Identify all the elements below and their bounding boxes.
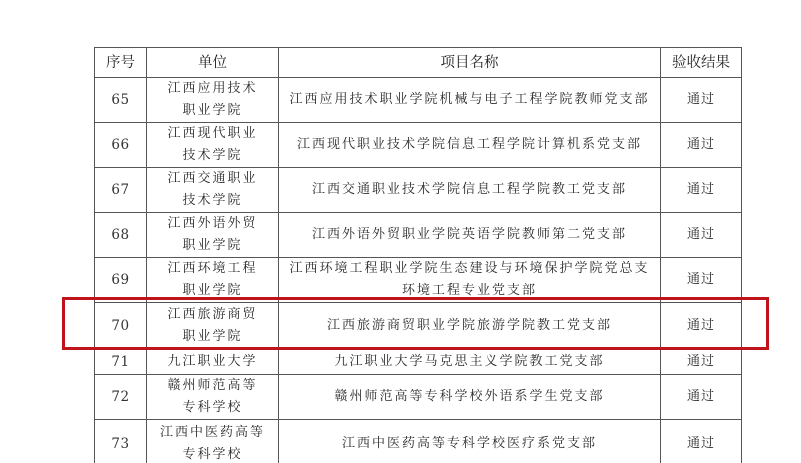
serial-number: 68 [95, 213, 147, 258]
project-name: 九江职业大学马克思主义学院教工党支部 [279, 350, 661, 375]
acceptance-result: 通过 [661, 350, 742, 375]
unit-cell: 江西外语外贸职业学院 [147, 213, 279, 258]
serial-number: 72 [95, 375, 147, 420]
header-project-name: 项目名称 [279, 48, 661, 78]
acceptance-result: 通过 [661, 78, 742, 123]
table-row: 67 江西交通职业技术学院 江西交通职业技术学院信息工程学院教工党支部 通过 [95, 168, 742, 213]
unit-line: 江西应用技术 [147, 78, 278, 100]
table-row: 65 江西应用技术职业学院 江西应用技术职业学院机械与电子工程学院教师党支部 通… [95, 78, 742, 123]
acceptance-result: 通过 [661, 303, 742, 350]
serial-number: 65 [95, 78, 147, 123]
unit-line: 专科学校 [147, 397, 278, 419]
document-page: 序号 单位 项目名称 验收结果 65 江西应用技术职业学院 江西应用技术职业学院… [0, 0, 801, 463]
unit-line: 江西中医药高等 [147, 422, 278, 444]
unit-line: 技术学院 [147, 145, 278, 167]
unit-cell: 江西现代职业技术学院 [147, 123, 279, 168]
unit-cell: 江西应用技术职业学院 [147, 78, 279, 123]
table-row: 71 九江职业大学 九江职业大学马克思主义学院教工党支部 通过 [95, 350, 742, 375]
unit-line: 职业学院 [147, 280, 278, 302]
unit-line: 江西交通职业 [147, 168, 278, 190]
unit-line: 赣州师范高等 [147, 375, 278, 397]
table-row: 66 江西现代职业技术学院 江西现代职业技术学院信息工程学院计算机系党支部 通过 [95, 123, 742, 168]
acceptance-result: 通过 [661, 420, 742, 463]
serial-number: 67 [95, 168, 147, 213]
project-line: 环境工程专业党支部 [279, 280, 660, 302]
table-row: 68 江西外语外贸职业学院 江西外语外贸职业学院英语学院教师第二党支部 通过 [95, 213, 742, 258]
unit-line: 江西旅游商贸 [147, 304, 278, 326]
unit-line: 江西外语外贸 [147, 213, 278, 235]
unit-cell: 九江职业大学 [147, 350, 279, 375]
unit-line: 江西现代职业 [147, 123, 278, 145]
project-name: 江西交通职业技术学院信息工程学院教工党支部 [279, 168, 661, 213]
serial-number: 66 [95, 123, 147, 168]
unit-line: 九江职业大学 [147, 351, 278, 373]
header-serial-number: 序号 [95, 48, 147, 78]
acceptance-result: 通过 [661, 168, 742, 213]
serial-number: 73 [95, 420, 147, 463]
header-unit: 单位 [147, 48, 279, 78]
serial-number: 70 [95, 303, 147, 350]
unit-line: 技术学院 [147, 190, 278, 212]
header-acceptance-result: 验收结果 [661, 48, 742, 78]
unit-line: 专科学校 [147, 444, 278, 463]
serial-number: 71 [95, 350, 147, 375]
project-name: 江西旅游商贸职业学院旅游学院教工党支部 [279, 303, 661, 350]
project-line: 江西环境工程职业学院生态建设与环境保护学院党总支 [279, 258, 660, 280]
unit-line: 职业学院 [147, 100, 278, 122]
serial-number: 69 [95, 258, 147, 303]
table-row-highlighted: 70 江西旅游商贸职业学院 江西旅游商贸职业学院旅游学院教工党支部 通过 [95, 303, 742, 350]
table-row: 69 江西环境工程职业学院 江西环境工程职业学院生态建设与环境保护学院党总支环境… [95, 258, 742, 303]
project-name: 江西外语外贸职业学院英语学院教师第二党支部 [279, 213, 661, 258]
acceptance-results-table: 序号 单位 项目名称 验收结果 65 江西应用技术职业学院 江西应用技术职业学院… [94, 47, 742, 463]
project-name: 江西环境工程职业学院生态建设与环境保护学院党总支环境工程专业党支部 [279, 258, 661, 303]
unit-line: 江西环境工程 [147, 258, 278, 280]
acceptance-result: 通过 [661, 213, 742, 258]
table-header-row: 序号 单位 项目名称 验收结果 [95, 48, 742, 78]
project-name: 江西现代职业技术学院信息工程学院计算机系党支部 [279, 123, 661, 168]
unit-line: 职业学院 [147, 326, 278, 348]
acceptance-result: 通过 [661, 123, 742, 168]
table-row: 73 江西中医药高等专科学校 江西中医药高等专科学校医疗系党支部 通过 [95, 420, 742, 463]
acceptance-result: 通过 [661, 375, 742, 420]
unit-cell: 赣州师范高等专科学校 [147, 375, 279, 420]
unit-cell: 江西交通职业技术学院 [147, 168, 279, 213]
unit-cell: 江西中医药高等专科学校 [147, 420, 279, 463]
table-row: 72 赣州师范高等专科学校 赣州师范高等专科学校外语系学生党支部 通过 [95, 375, 742, 420]
unit-cell: 江西旅游商贸职业学院 [147, 303, 279, 350]
project-name: 江西中医药高等专科学校医疗系党支部 [279, 420, 661, 463]
unit-cell: 江西环境工程职业学院 [147, 258, 279, 303]
project-name: 江西应用技术职业学院机械与电子工程学院教师党支部 [279, 78, 661, 123]
acceptance-result: 通过 [661, 258, 742, 303]
project-name: 赣州师范高等专科学校外语系学生党支部 [279, 375, 661, 420]
unit-line: 职业学院 [147, 235, 278, 257]
